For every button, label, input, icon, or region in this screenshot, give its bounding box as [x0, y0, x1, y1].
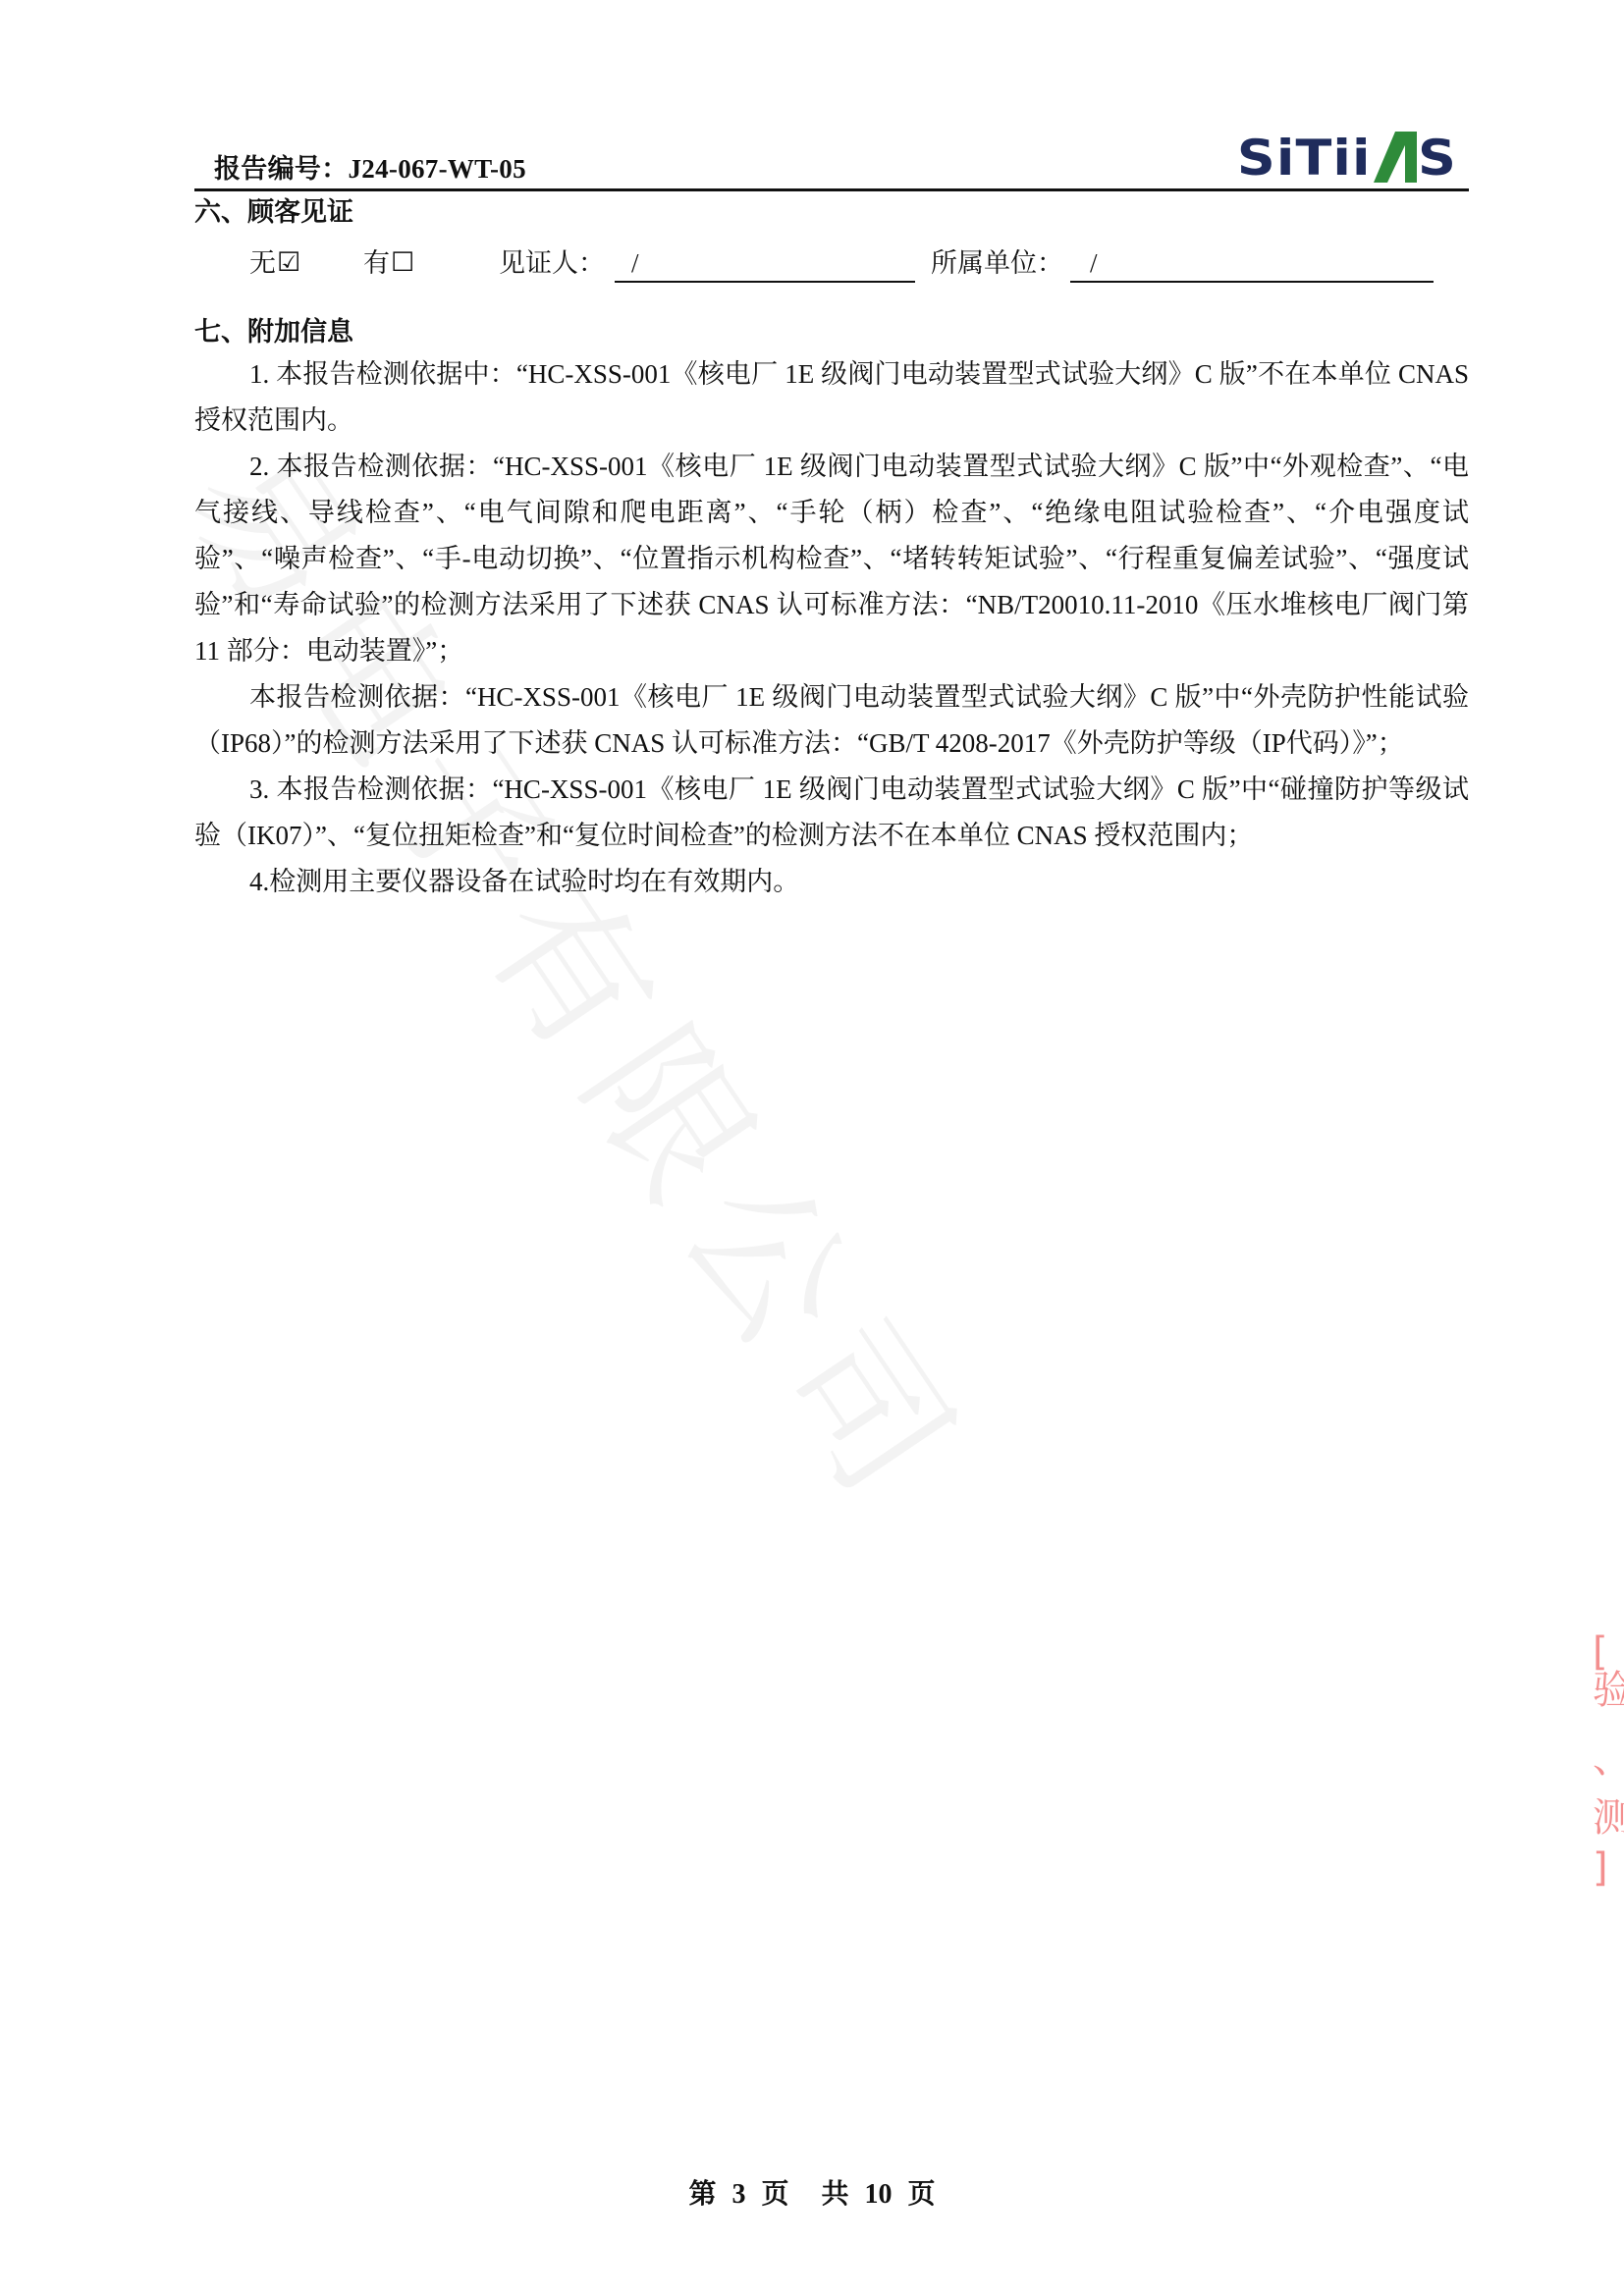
report-number-label: 报告编号：: [214, 154, 349, 184]
logo-text-left: SiTii: [1237, 133, 1372, 183]
none-label: 无: [249, 245, 276, 281]
info-paragraph-1: 1. 本报告检测依据中：“HC-XSS-001《核电厂 1E 级阀门电动装置型式…: [194, 351, 1469, 444]
stamp-char: 测: [1593, 1787, 1624, 1842]
page-header: 报告编号：J24-067-WT-05 SiTii S: [194, 126, 1467, 190]
witness-value: /: [631, 245, 639, 281]
seal-stamp: [ 验 、 测 ]: [1585, 1629, 1624, 1895]
total-pages: 10: [865, 2179, 893, 2210]
unit-underline: [1070, 281, 1434, 283]
witness-label: 见证人：: [499, 245, 605, 281]
page-footer: 第3页 共10页: [0, 2172, 1624, 2212]
report-body: 六、顾客见证 无 ☑ 有 ☐ 见证人： / 所属单位： / 七、附加信息 1. …: [194, 192, 1469, 905]
section-7-title: 七、附加信息: [194, 312, 1469, 351]
yes-label: 有: [363, 245, 390, 281]
witness-underline: [615, 281, 915, 283]
unit-value: /: [1090, 245, 1098, 281]
stamp-char: ]: [1593, 1845, 1608, 1891]
stamp-char: 、: [1593, 1728, 1624, 1784]
page-mid: 页: [761, 2179, 788, 2210]
info-paragraph-2: 2. 本报告检测依据：“HC-XSS-001《核电厂 1E 级阀门电动装置型式试…: [194, 444, 1469, 674]
company-logo: SiTii S: [1247, 126, 1457, 183]
customer-witness-row: 无 ☑ 有 ☐ 见证人： / 所属单位： /: [194, 232, 1469, 304]
total-suffix: 页: [908, 2179, 936, 2210]
info-paragraph-3: 3. 本报告检测依据：“HC-XSS-001《核电厂 1E 级阀门电动装置型式试…: [194, 767, 1469, 859]
stamp-char: 验: [1593, 1659, 1624, 1715]
yes-checkbox-unchecked[interactable]: ☐: [391, 245, 414, 281]
unit-label: 所属单位：: [931, 245, 1063, 281]
report-number-value: J24-067-WT-05: [349, 154, 526, 184]
logo-text-right: S: [1418, 133, 1457, 183]
report-number: 报告编号：J24-067-WT-05: [214, 147, 526, 186]
page-number: 3: [731, 2179, 745, 2210]
section-6-title: 六、顾客见证: [194, 192, 1469, 232]
logo-a-icon: [1374, 132, 1419, 183]
page-prefix: 第: [688, 2179, 716, 2210]
total-prefix: 共: [822, 2179, 849, 2210]
info-paragraph-4: 4.检测用主要仪器设备在试验时均在有效期内。: [194, 859, 1469, 905]
none-checkbox-checked[interactable]: ☑: [277, 245, 300, 281]
header-divider: [194, 188, 1469, 191]
info-paragraph-2b: 本报告检测依据：“HC-XSS-001《核电厂 1E 级阀门电动装置型式试验大纲…: [194, 674, 1469, 767]
